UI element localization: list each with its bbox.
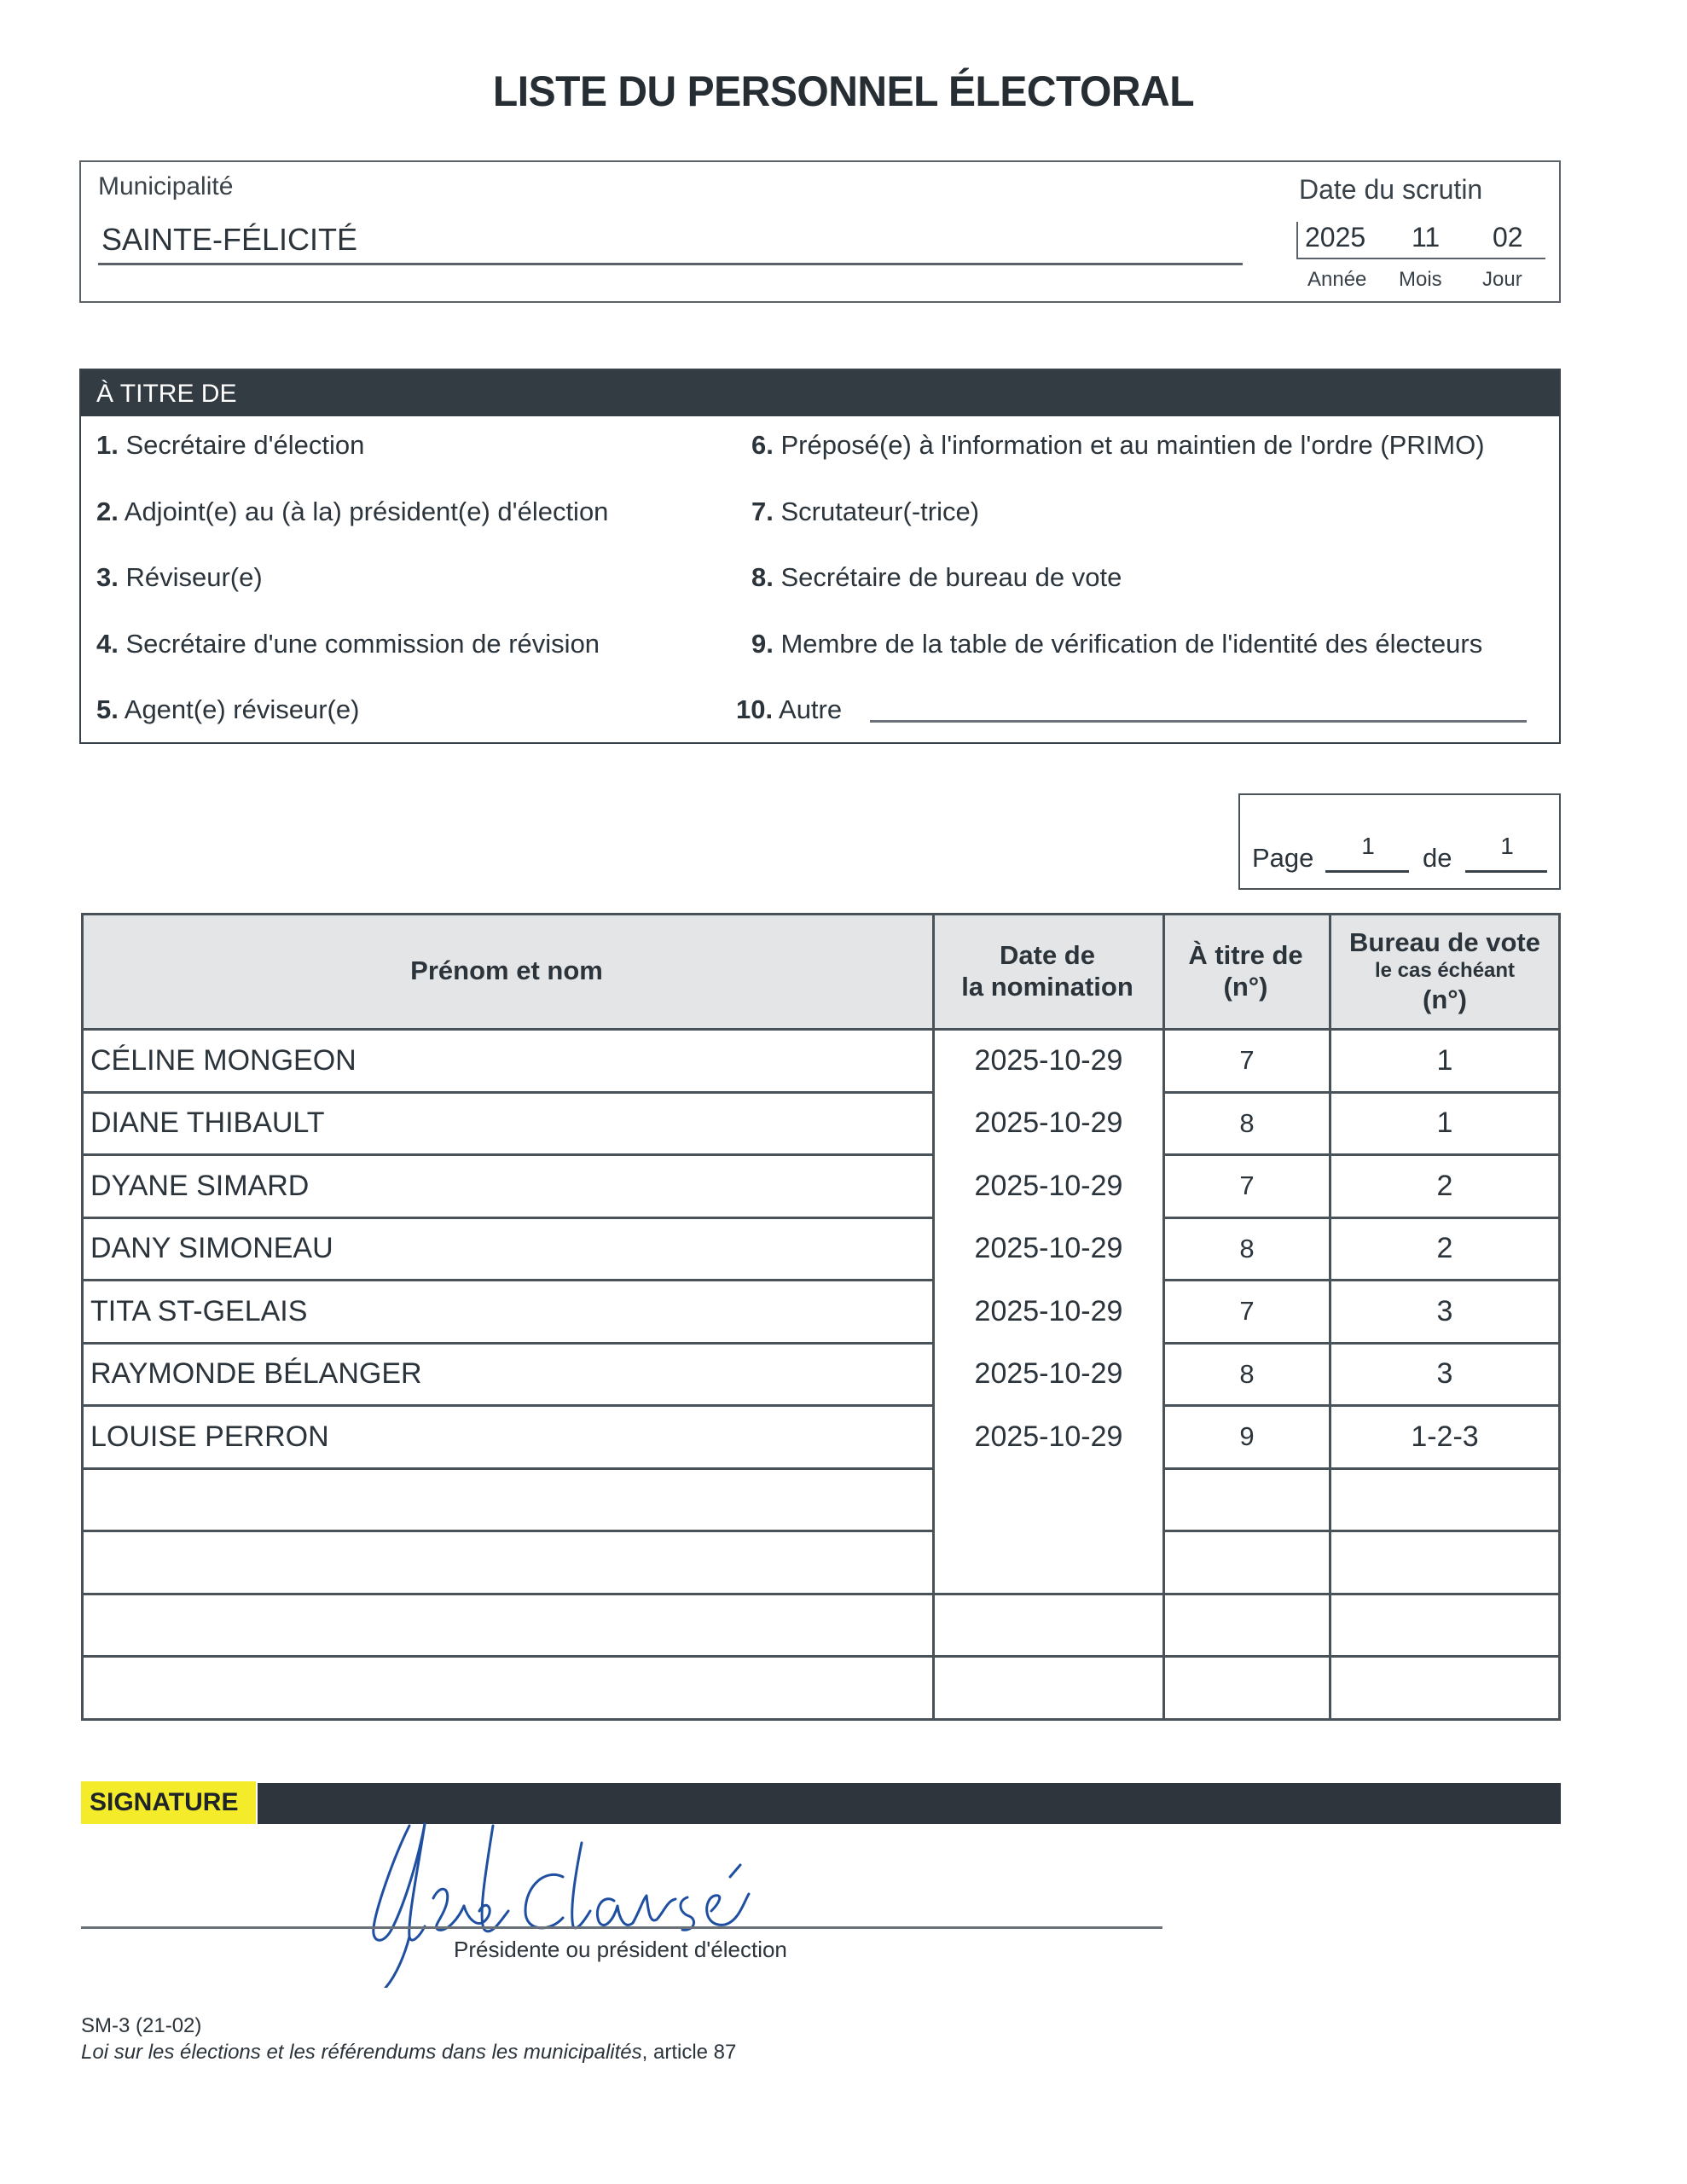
cell-role[interactable] xyxy=(1165,1532,1329,1593)
role-item-1: 1. Secrétaire d'élection xyxy=(96,430,364,461)
municipality-field[interactable]: SAINTE-FÉLICITÉ xyxy=(101,222,357,258)
row-divider xyxy=(932,1718,1162,1721)
cell-bureau[interactable] xyxy=(1331,1532,1558,1593)
column-divider xyxy=(1558,913,1561,1718)
col-header-role-line1: À titre de xyxy=(1188,939,1302,971)
role-number: 10. xyxy=(736,694,773,724)
role-label: Préposé(e) à l'information et au maintie… xyxy=(780,430,1484,460)
cell-date[interactable]: 2025-10-29 xyxy=(935,1031,1162,1091)
cell-bureau[interactable]: 1-2-3 xyxy=(1331,1407,1558,1467)
role-number: 8. xyxy=(751,562,774,592)
role-item-10: 10. Autre xyxy=(736,694,842,725)
cell-name[interactable]: RAYMONDE BÉLANGER xyxy=(84,1345,939,1405)
month-label: Mois xyxy=(1399,268,1442,292)
role-label: Scrutateur(-trice) xyxy=(780,497,979,526)
cell-role[interactable]: 9 xyxy=(1165,1407,1329,1467)
cell-name[interactable]: LOUISE PERRON xyxy=(84,1407,939,1467)
law-article: , article 87 xyxy=(642,2041,737,2064)
col-header-date-line2: la nomination xyxy=(961,971,1133,1002)
col-header-role-line2: (n°) xyxy=(1224,971,1268,1002)
election-date-label: Date du scrutin xyxy=(1299,174,1482,206)
role-label: Secrétaire de bureau de vote xyxy=(780,562,1122,592)
cell-role[interactable]: 7 xyxy=(1165,1156,1329,1217)
role-label: Secrétaire d'une commission de révision xyxy=(125,629,600,659)
col-header-date-line1: Date de xyxy=(1000,939,1095,971)
cell-bureau[interactable] xyxy=(1331,1658,1558,1718)
total-pages-field[interactable]: 1 xyxy=(1465,833,1549,860)
law-reference: Loi sur les élections et les référendums… xyxy=(81,2041,736,2065)
col-header-name-text: Prénom et nom xyxy=(410,955,603,986)
form-code: SM-3 (21-02) xyxy=(81,2014,201,2038)
cell-date[interactable]: 2025-10-29 xyxy=(935,1345,1162,1405)
of-label: de xyxy=(1423,843,1452,874)
role-label: Secrétaire d'élection xyxy=(125,430,364,460)
cell-date[interactable]: 2025-10-29 xyxy=(935,1407,1162,1467)
col-header-role: À titre de (n°) xyxy=(1162,913,1329,1028)
total-pages-underline xyxy=(1465,870,1547,873)
cell-name[interactable] xyxy=(84,1595,939,1656)
cell-date[interactable]: 2025-10-29 xyxy=(935,1281,1162,1342)
row-divider xyxy=(1162,1718,1561,1721)
col-header-bureau-line3: (n°) xyxy=(1423,984,1467,1015)
page-label: Page xyxy=(1252,843,1313,874)
municipality-underline xyxy=(98,263,1243,265)
roles-header: À TITRE DE xyxy=(96,380,236,409)
cell-role[interactable]: 7 xyxy=(1165,1281,1329,1342)
role-number: 5. xyxy=(96,694,119,724)
col-header-bureau-line2: le cas échéant xyxy=(1375,958,1515,984)
cell-role[interactable] xyxy=(1165,1658,1329,1718)
role-item-3: 3. Réviseur(e) xyxy=(96,562,263,593)
cell-bureau[interactable] xyxy=(1331,1470,1558,1531)
current-page-field[interactable]: 1 xyxy=(1325,833,1411,860)
role-number: 6. xyxy=(751,430,774,460)
role-label: Autre xyxy=(779,694,842,724)
signature-label: SIGNATURE xyxy=(90,1788,238,1817)
row-divider xyxy=(81,1718,932,1721)
cell-role[interactable]: 8 xyxy=(1165,1345,1329,1405)
law-title: Loi sur les élections et les référendums… xyxy=(81,2041,642,2064)
cell-date[interactable] xyxy=(935,1595,1162,1656)
cell-date[interactable]: 2025-10-29 xyxy=(935,1156,1162,1217)
cell-name[interactable] xyxy=(84,1658,939,1718)
role-number: 9. xyxy=(751,629,774,659)
cell-role[interactable] xyxy=(1165,1595,1329,1656)
cell-name[interactable] xyxy=(84,1532,939,1593)
cell-bureau[interactable]: 2 xyxy=(1331,1156,1558,1217)
election-month-field[interactable]: 11 xyxy=(1412,222,1440,253)
pagination-box: Page 1 de 1 xyxy=(1238,793,1561,890)
role-item-4: 4. Secrétaire d'une commission de révisi… xyxy=(96,629,600,659)
role-number: 2. xyxy=(96,497,119,526)
cell-name[interactable]: DIANE THIBAULT xyxy=(84,1094,939,1154)
role-label: Membre de la table de vérification de l'… xyxy=(780,629,1482,659)
current-page-underline xyxy=(1325,870,1409,873)
municipality-section: Municipalité SAINTE-FÉLICITÉ Date du scr… xyxy=(79,160,1561,303)
cell-date[interactable] xyxy=(935,1470,1162,1531)
election-year-field[interactable]: 2025 xyxy=(1305,222,1365,253)
cell-name[interactable]: CÉLINE MONGEON xyxy=(84,1031,939,1091)
personnel-table: Prénom et nom Date de la nomination À ti… xyxy=(81,913,1561,1723)
role-number: 3. xyxy=(96,562,119,592)
cell-date[interactable]: 2025-10-29 xyxy=(935,1094,1162,1154)
signature-caption: Présidente ou président d'élection xyxy=(454,1937,787,1963)
role-label: Agent(e) réviseur(e) xyxy=(125,694,360,724)
cell-name[interactable]: TITA ST-GELAIS xyxy=(84,1281,939,1342)
election-day-field[interactable]: 02 xyxy=(1493,222,1523,253)
role-number: 7. xyxy=(751,497,774,526)
municipality-label: Municipalité xyxy=(98,172,233,201)
role-label: Adjoint(e) au (à la) président(e) d'élec… xyxy=(125,497,609,526)
cell-date[interactable] xyxy=(935,1658,1162,1718)
cell-date[interactable] xyxy=(935,1532,1162,1593)
cell-name[interactable]: DYANE SIMARD xyxy=(84,1156,939,1217)
roles-header-band: À TITRE DE xyxy=(81,370,1559,416)
role-item-2: 2. Adjoint(e) au (à la) président(e) d'é… xyxy=(96,497,608,527)
cell-role[interactable]: 7 xyxy=(1165,1031,1329,1091)
role-number: 1. xyxy=(96,430,119,460)
role-item-6: 6. Préposé(e) à l'information et au main… xyxy=(751,430,1485,461)
page-title: LISTE DU PERSONNEL ÉLECTORAL xyxy=(34,67,1654,116)
cell-date[interactable]: 2025-10-29 xyxy=(935,1219,1162,1280)
role-item-8: 8. Secrétaire de bureau de vote xyxy=(751,562,1122,593)
cell-name[interactable]: DANY SIMONEAU xyxy=(84,1219,939,1280)
col-header-bureau-line1: Bureau de vote xyxy=(1349,926,1540,958)
cell-bureau[interactable]: 1 xyxy=(1331,1094,1558,1154)
col-header-bureau: Bureau de vote le cas échéant (n°) xyxy=(1329,913,1561,1028)
cell-bureau[interactable] xyxy=(1331,1595,1558,1656)
role-item-9: 9. Membre de la table de vérification de… xyxy=(751,629,1482,659)
cell-name[interactable] xyxy=(84,1470,939,1531)
year-label: Année xyxy=(1307,268,1366,292)
autre-field[interactable] xyxy=(870,720,1527,723)
cell-bureau[interactable]: 2 xyxy=(1331,1219,1558,1280)
roles-legend: À TITRE DE 1. Secrétaire d'élection2. Ad… xyxy=(79,369,1561,744)
table-top-border xyxy=(81,913,1561,915)
role-number: 4. xyxy=(96,629,119,659)
col-header-name: Prénom et nom xyxy=(81,913,932,1028)
signature-line[interactable] xyxy=(81,1926,1162,1929)
day-label: Jour xyxy=(1482,268,1522,292)
cell-role[interactable]: 8 xyxy=(1165,1094,1329,1154)
role-item-5: 5. Agent(e) réviseur(e) xyxy=(96,694,359,725)
cell-bureau[interactable]: 3 xyxy=(1331,1345,1558,1405)
cell-bureau[interactable]: 3 xyxy=(1331,1281,1558,1342)
cell-role[interactable]: 8 xyxy=(1165,1219,1329,1280)
cell-bureau[interactable]: 1 xyxy=(1331,1031,1558,1091)
role-item-7: 7. Scrutateur(-trice) xyxy=(751,497,979,527)
role-label: Réviseur(e) xyxy=(125,562,262,592)
col-header-date: Date de la nomination xyxy=(932,913,1162,1028)
cell-role[interactable] xyxy=(1165,1470,1329,1531)
